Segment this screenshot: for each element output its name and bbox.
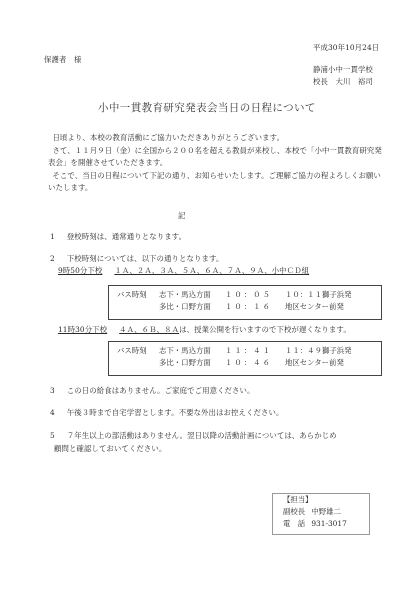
bus-time-stop: １０：１１獅子浜発 (285, 289, 352, 301)
item-5-continued: 顧問と確認しておいてください。 (54, 443, 166, 454)
item-2: 2下校時刻については、以下の通りとなります。 (50, 253, 223, 264)
principal-name: 校長 大川 裕司 (313, 76, 373, 87)
school-name: 静浦小中一貫学校 (313, 64, 373, 75)
item-number: 5 (50, 431, 55, 440)
dismissal-time: 9時50分下校 (58, 266, 102, 275)
item-text: 登校時刻は、通常通りとなります。 (67, 232, 186, 241)
item-text: 午後３時まで自宅学習とします。不要な外出はお控えください。 (67, 408, 284, 417)
item-4: 4午後３時まで自宅学習とします。不要な外出はお控えください。 (50, 407, 283, 418)
bus-time: １０：４６ (225, 357, 285, 369)
item-text: 下校時刻については、以下の通りとなります。 (67, 254, 224, 263)
item-text: ７年生以上の部活動はありません。翌日以降の活動計画については、あらかじめ (67, 431, 337, 440)
bus-row: バス時刻 志下・馬込方面 １１：４１ １１：４９獅子浜発 (117, 345, 373, 357)
item-text: この日の給食はありません。ご家庭でご用意ください。 (67, 386, 255, 395)
contact-name: 中野雄二 (311, 507, 341, 516)
document-title: 小中一貫教育研究発表会当日の日程について (98, 100, 316, 115)
bus-time: １０：１６ (225, 301, 285, 313)
addressee: 保護者 様 (44, 54, 81, 65)
bus-schedule-box-2: バス時刻 志下・馬込方面 １１：４１ １１：４９獅子浜発 多比・口野方面 １０：… (108, 341, 382, 376)
bus-schedule-box-1: バス時刻 志下・馬込方面 １０：０５ １０：１１獅子浜発 多比・口野方面 １０：… (108, 285, 382, 320)
ki-heading: 記 (178, 210, 186, 221)
contact-heading: 【担当】 (283, 494, 369, 506)
dismissal-classes: １Ａ、２Ａ、３Ａ、５Ａ、６Ａ、７Ａ、９Ａ、小中ＣＤ組 (114, 266, 309, 275)
phone-label: 電 話 (283, 518, 309, 530)
bus-direction: 多比・口野方面 (159, 301, 225, 313)
bus-row: 多比・口野方面 １０：４６ 地区センター前発 (117, 357, 373, 369)
intro-paragraph-1: 日頃より、本校の教育活動にご協力いただきありがとうございます。 (48, 132, 388, 145)
bus-label: バス時刻 (117, 289, 159, 301)
bus-row: 多比・口野方面 １０：１６ 地区センター前発 (117, 301, 373, 313)
contact-box: 【担当】 副校長 中野雄二 電 話 931-3017 (272, 493, 370, 535)
item-3: 3この日の給食はありません。ご家庭でご用意ください。 (50, 385, 255, 396)
dismissal-group-1: 9時50分下校１Ａ、２Ａ、３Ａ、５Ａ、６Ａ、７Ａ、９Ａ、小中ＣＤ組 (58, 265, 309, 276)
item-number: 3 (50, 386, 55, 395)
item-1: 1登校時刻は、通常通りとなります。 (50, 231, 186, 242)
intro-text: 日頃より、本校の教育活動にご協力いただきありがとうございます。 さて、１１月９日… (48, 132, 388, 195)
bus-direction: 志下・馬込方面 (159, 289, 225, 301)
item-number: 2 (50, 254, 55, 263)
bus-stop: 地区センター前発 (285, 357, 344, 369)
dismissal-group-2: 11時30分下校４Ａ、６Ｂ、８Ａは、授業公開を行いますので下校が遅くなります。 (58, 324, 351, 335)
role-label: 副校長 (283, 506, 309, 518)
contact-phone: 電 話 931-3017 (283, 518, 369, 530)
bus-stop: 地区センター前発 (285, 301, 344, 313)
dismissal-time: 11時30分下校 (58, 325, 107, 334)
intro-paragraph-2: さて、１１月９日（金）に全国から２００名を超える教員が来校し、本校で「小中一貫教… (48, 145, 388, 170)
intro-paragraph-3: そこで、当日の日程について下記の通り、お知らせいたします。ご理解ご協力の程よろし… (48, 170, 388, 195)
item-number: 1 (50, 232, 55, 241)
bus-direction: 志下・馬込方面 (159, 345, 225, 357)
bus-time-stop: １１：４９獅子浜発 (285, 345, 352, 357)
item-number: 4 (50, 408, 55, 417)
bus-direction: 多比・口野方面 (159, 357, 225, 369)
bus-time: １１：４１ (225, 345, 285, 357)
date: 平成30年10月24日 (313, 42, 379, 53)
contact-person: 副校長 中野雄二 (283, 506, 369, 518)
bus-row: バス時刻 志下・馬込方面 １０：０５ １０：１１獅子浜発 (117, 289, 373, 301)
item-5: 5７年生以上の部活動はありません。翌日以降の活動計画については、あらかじめ (50, 430, 337, 441)
bus-label: バス時刻 (117, 345, 159, 357)
bus-time: １０：０５ (225, 289, 285, 301)
phone-number: 931-3017 (311, 519, 346, 528)
dismissal-note: は、授業公開を行いますので下校が遅くなります。 (179, 325, 351, 334)
dismissal-classes: ４Ａ、６Ｂ、８Ａ (119, 325, 179, 334)
